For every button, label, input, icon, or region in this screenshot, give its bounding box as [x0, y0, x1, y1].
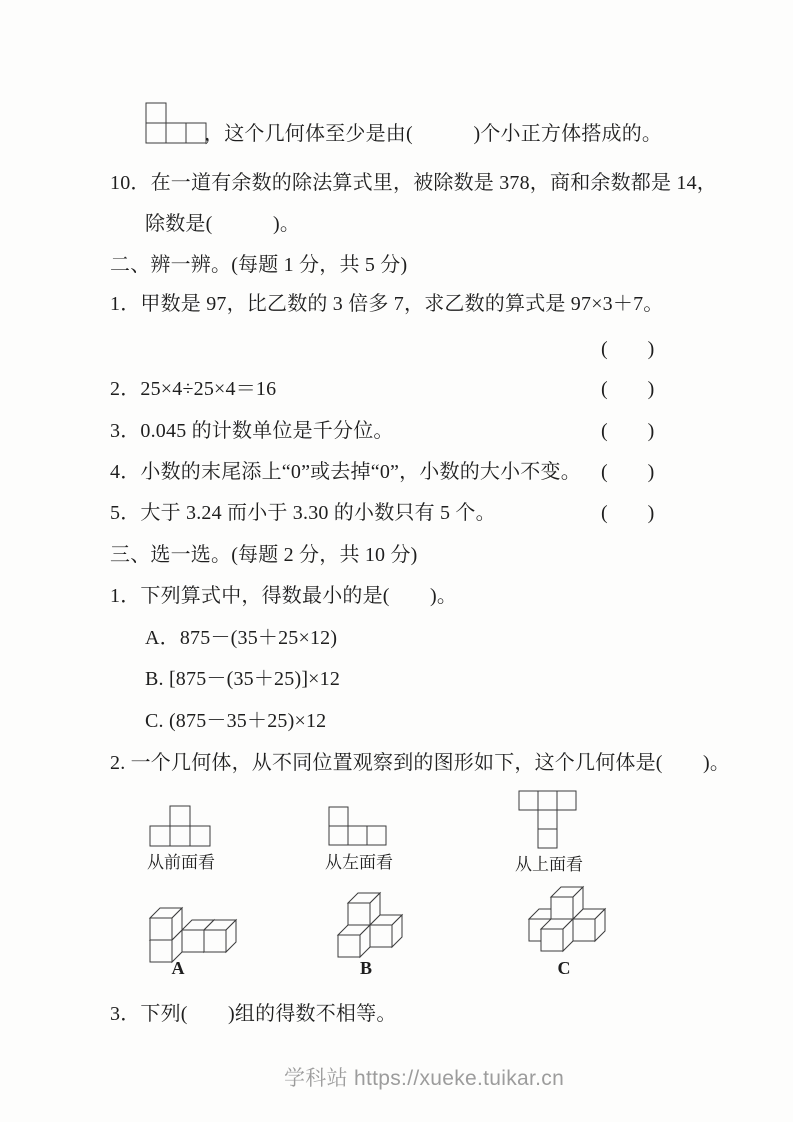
answer-bracket-1: ( )	[601, 336, 654, 362]
section-three-header: 三、选一选。(每题 2 分，共 10 分)	[110, 542, 418, 568]
choice-question-2: 2. 一个几何体，从不同位置观察到的图形如下，这个几何体是( )。	[110, 750, 730, 776]
choice-option-b: B. [875－(35＋25)]×12	[145, 666, 340, 692]
truefalse-item-1: 1．甲数是 97，比乙数的 3 倍多 7，求乙数的算式是 97×3＋7。	[110, 291, 663, 317]
truefalse-item-2: 2．25×4÷25×4＝16	[110, 376, 276, 402]
choice-option-a: A．875－(35＋25×12)	[145, 625, 337, 651]
truefalse-item-3: 3．0.045 的计数单位是千分位。	[110, 418, 394, 444]
question-9-tail: ，这个几何体至少是由( )个小正方体搭成的。	[204, 121, 662, 147]
worksheet-page: ，这个几何体至少是由( )个小正方体搭成的。 10．在一道有余数的除法算式里，被…	[0, 0, 793, 1122]
answer-bracket-4: ( )	[601, 459, 654, 485]
site-footer: 学科站 https://xueke.tuikar.cn	[284, 1062, 564, 1092]
choice-question-1: 1．下列算式中，得数最小的是( )。	[110, 583, 457, 609]
question-10-line1: 10．在一道有余数的除法算式里，被除数是 378，商和余数都是 14，	[110, 170, 717, 196]
view-label-front: 从前面看	[147, 853, 215, 873]
solid-label-a: A	[172, 958, 185, 978]
section-two-header: 二、辨一辨。(每题 1 分，共 5 分)	[110, 252, 407, 278]
view-label-left: 从左面看	[325, 853, 393, 873]
view-label-top: 从上面看	[515, 855, 583, 875]
question-10-line2: 除数是( )。	[145, 211, 300, 237]
truefalse-item-5: 5．大于 3.24 而小于 3.30 的小数只有 5 个。	[110, 500, 496, 526]
answer-bracket-3: ( )	[601, 418, 654, 444]
answer-bracket-5: ( )	[601, 500, 654, 526]
solid-label-b: B	[360, 958, 372, 978]
choice-option-c: C. (875－35＋25)×12	[145, 708, 326, 734]
solid-label-c: C	[558, 958, 571, 978]
choice-question-3: 3．下列( )组的得数不相等。	[110, 1001, 397, 1027]
answer-bracket-2: ( )	[601, 376, 654, 402]
truefalse-item-4: 4．小数的末尾添上“0”或去掉“0”，小数的大小不变。	[110, 459, 581, 485]
